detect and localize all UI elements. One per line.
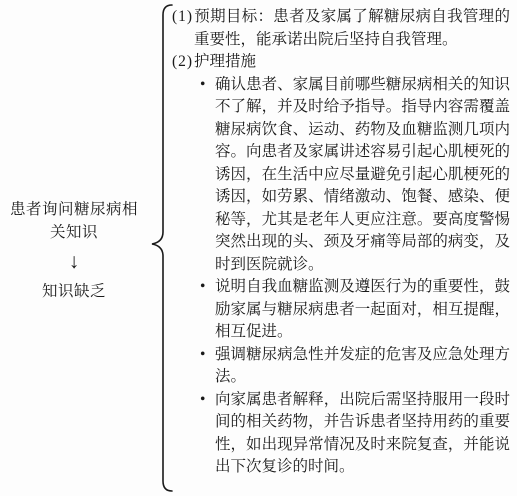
measures-item: (2)护理措施 (172, 51, 510, 74)
bullet-text: 确认患者、家属目前哪些糖尿病相关的知识不了解，并及时给予指导。指导内容需覆盖糖尿… (215, 76, 510, 273)
measures-item-text: 护理措施 (194, 53, 256, 70)
diagnosis-label: 知识缺乏 (3, 280, 145, 303)
bullet-icon: • (200, 389, 215, 412)
down-arrow-icon: ↓ (3, 248, 145, 274)
measures-bullet-list: •确认患者、家属目前哪些糖尿病相关的知识不了解，并及时给予指导。指导内容需覆盖糖… (200, 74, 510, 479)
bullet-icon: • (200, 74, 215, 97)
goal-item: (1)预期目标：患者及家属了解糖尿病自我管理的重要性，能承诺出院后坚持自我管理。 (172, 6, 510, 51)
flow-query-label: 患者询问糖尿病相关知识 (3, 198, 145, 244)
care-plan-content: (1)预期目标：患者及家属了解糖尿病自我管理的重要性，能承诺出院后坚持自我管理。… (172, 6, 510, 479)
bullet-item-knowledge-guidance: •确认患者、家属目前哪些糖尿病相关的知识不了解，并及时给予指导。指导内容需覆盖糖… (200, 74, 510, 277)
bullet-item-acute-complications: •强调糖尿病急性并发症的危害及应急处理方法。 (200, 344, 510, 389)
bullet-item-medication-adherence: •向家属患者解释，出院后需坚持服用一段时间的相关药物，并告诉患者坚持用药的重要性… (200, 389, 510, 479)
bullet-item-glucose-monitoring: •说明自我血糖监测及遵医行为的重要性，鼓励家属与糖尿病患者一起面对，相互提醒，相… (200, 276, 510, 344)
bullet-icon: • (200, 276, 215, 299)
bullet-text: 向家属患者解释，出院后需坚持服用一段时间的相关药物，并告诉患者坚持用药的重要性，… (215, 391, 510, 476)
bullet-text: 强调糖尿病急性并发症的危害及应急处理方法。 (215, 346, 510, 386)
goal-item-marker: (1) (172, 6, 194, 29)
flow-left-column: 患者询问糖尿病相关知识 ↓ 知识缺乏 (3, 198, 145, 303)
bullet-text: 说明自我血糖监测及遵医行为的重要性，鼓励家属与糖尿病患者一起面对，相互提醒，相互… (215, 278, 510, 340)
measures-item-marker: (2) (172, 51, 194, 74)
bullet-icon: • (200, 344, 215, 367)
goal-item-text: 预期目标：患者及家属了解糖尿病自我管理的重要性，能承诺出院后坚持自我管理。 (194, 8, 510, 48)
curly-brace-icon (146, 4, 174, 492)
